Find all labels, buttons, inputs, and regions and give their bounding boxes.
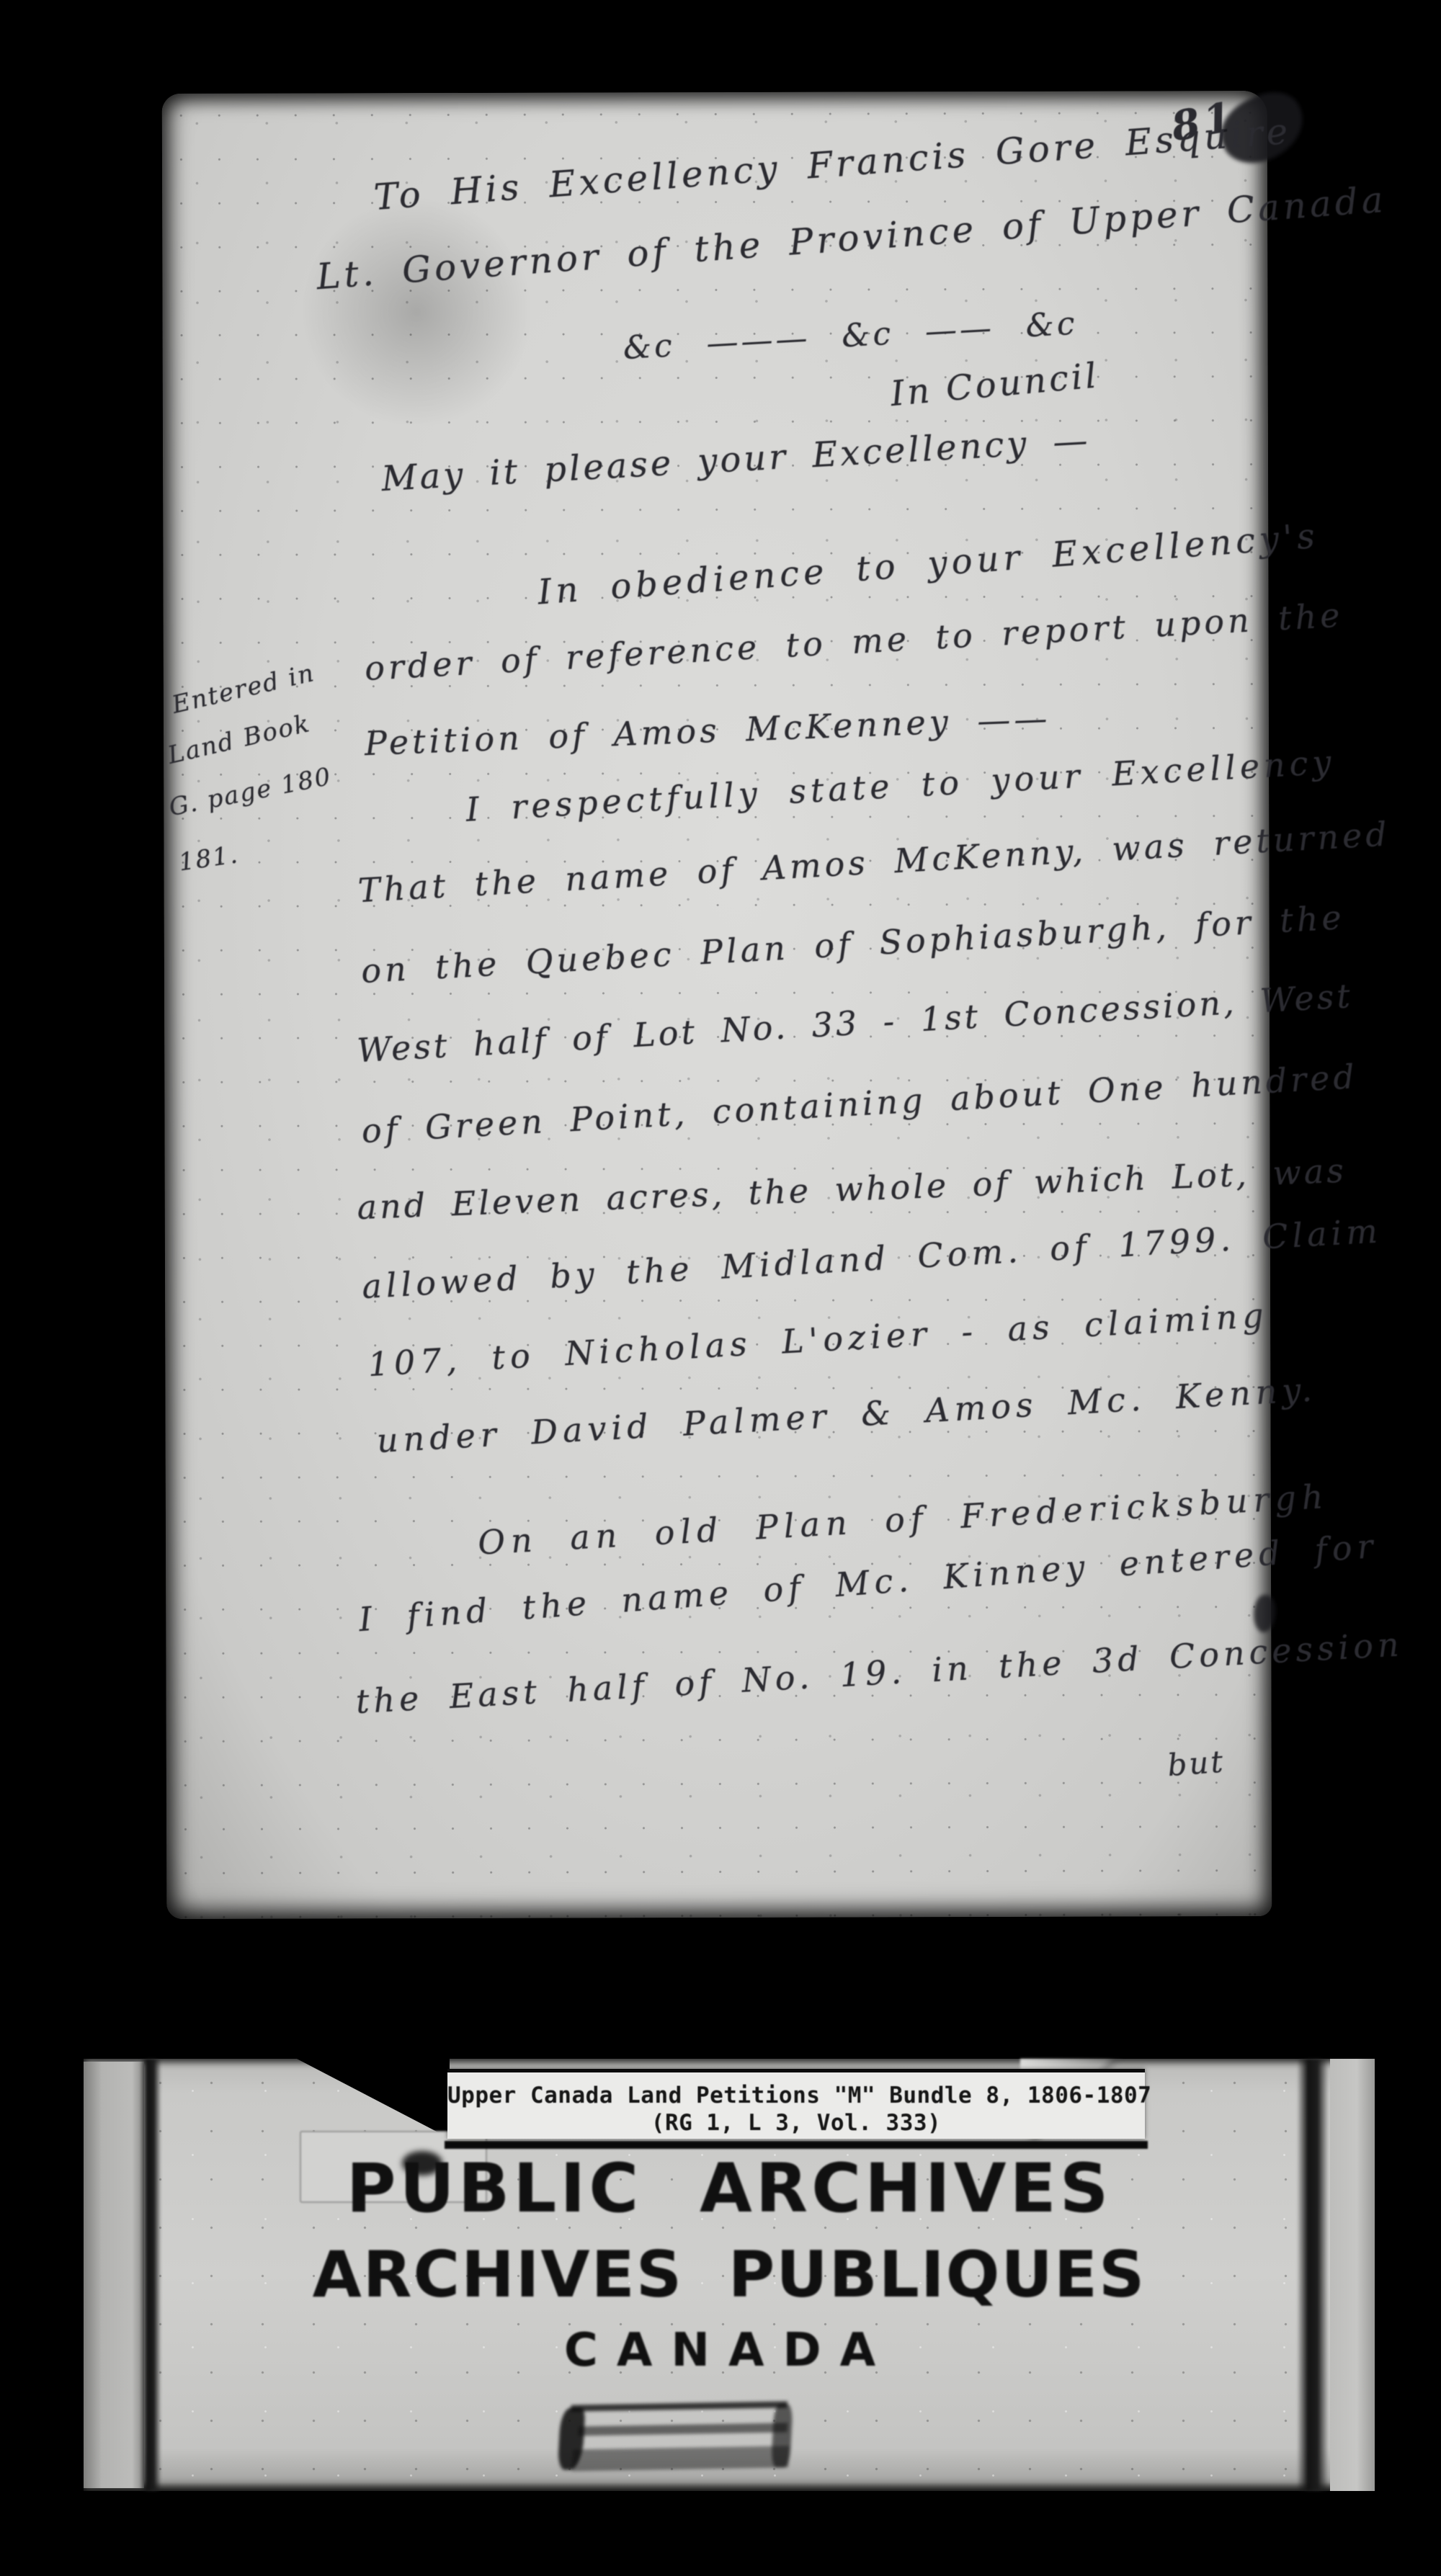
stamp-canada: CANADA <box>84 2324 1375 2377</box>
heading-line-etc: &c ——— &c —— &c <box>623 305 1079 367</box>
petition-page: 81 To His Excellency Francis Gore Esquir… <box>162 91 1272 1919</box>
body-line-3: Petition of Amos McKenney —— <box>364 699 1051 764</box>
body-line-15: the East half of No. 19. in the 3d Conce… <box>354 1624 1404 1721</box>
body-line-8: of Green Point, containing about One hun… <box>360 1057 1359 1150</box>
body-line-7: West half of Lot No. 33 - 1st Concession… <box>356 976 1354 1070</box>
body-line-12: under David Palmer & Amos Mc. Kenny. <box>376 1369 1319 1460</box>
ink-mark-right-edge <box>1254 1595 1275 1632</box>
catchword: but <box>1166 1744 1226 1784</box>
body-line-4: I respectfully state to your Excellency <box>465 743 1336 829</box>
body-line-10: allowed by the Midland Com. of 1799. Cla… <box>361 1211 1383 1306</box>
scan-background: { "page_number": "81", "document": { "he… <box>0 0 1441 2576</box>
body-line-1: In obedience to your Excellency's <box>536 516 1320 613</box>
margin-note-line-4: 181. <box>177 840 241 877</box>
bottom-ink-smudge <box>557 2401 799 2480</box>
margin-note-line-1: Entered in <box>169 658 318 720</box>
margin-note: Entered in Land Book G. page 180 181. <box>162 91 1267 94</box>
archives-jacket-strip: Upper Canada Land Petitions "M" Bundle 8… <box>84 2059 1375 2491</box>
label-underline-bar <box>445 2141 1148 2149</box>
reference-label-line-1: Upper Canada Land Petitions "M" Bundle 8… <box>447 2083 1145 2108</box>
heading-line-in-council: In Council <box>889 355 1101 414</box>
margin-note-line-3: G. page 180 <box>166 762 334 823</box>
body-line-5: That the name of Amos McKenny, was retur… <box>357 814 1391 910</box>
salutation-line: May it please your Excellency — <box>380 420 1092 499</box>
body-line-2: order of reference to me to report upon … <box>364 596 1344 689</box>
reference-label-line-2: (RG 1, L 3, Vol. 333) <box>447 2110 1145 2136</box>
body-line-9: and Eleven acres, the whole of which Lot… <box>357 1151 1347 1227</box>
body-line-11: 107, to Nicholas L'ozier - as claiming <box>367 1295 1270 1384</box>
jacket-corner-cut <box>297 2059 450 2135</box>
margin-note-line-2: Land Book <box>165 709 313 770</box>
stamp-public-archives: PUBLIC ARCHIVES <box>84 2150 1375 2228</box>
stamp-archives-publiques: ARCHIVES PUBLIQUES <box>84 2237 1375 2312</box>
body-line-6: on the Quebec Plan of Sophiasburgh, for … <box>360 898 1346 990</box>
typed-reference-label: Upper Canada Land Petitions "M" Bundle 8… <box>447 2069 1145 2139</box>
